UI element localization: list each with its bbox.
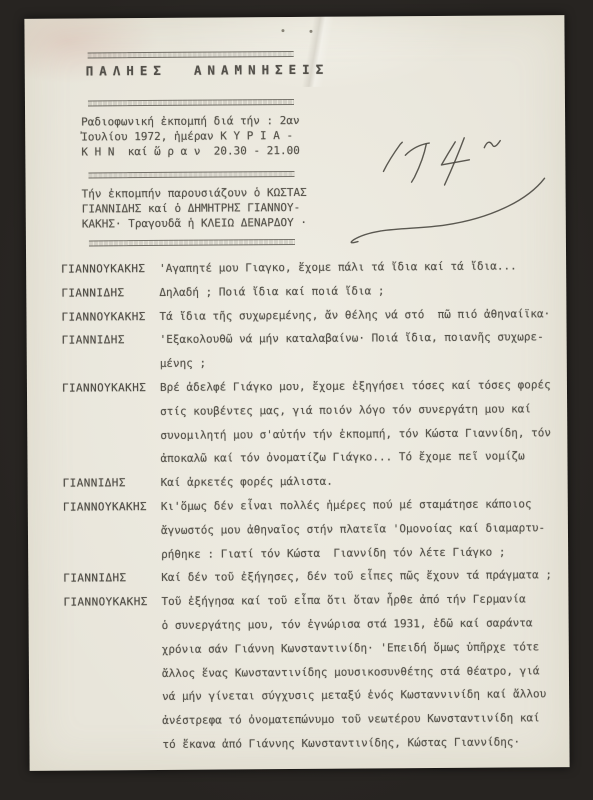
dialogue-line: ΓΙΑΝΝΙΔΗΣ Καί ἀρκετές φορές μάλιστα. — [63, 473, 562, 500]
dialogue-line: ἄγνωστός μου ἀθηναῖος στήν πλατεῖα 'Ομον… — [63, 521, 562, 548]
dialogue-text: ὁ συνεργάτης μου, τόν ἐγνώρισα στά 1931,… — [162, 616, 563, 632]
dialogue-text: Κι'ὅμως δέν εἶναι πολλές ἡμέρες πού μέ σ… — [161, 497, 562, 513]
speaker-label: ΓΙΑΝΝΙΔΗΣ — [63, 476, 161, 490]
presenters-info: Τήν ἐκπομπήν παρουσιάζουν ὁ ΚΩΣΤΑΣ ΓΙΑΝΝ… — [82, 185, 307, 232]
dialogue-line: ἀποκαλῶ καί τόν ὀνοματίζω Γιάγκο... Τό ἔ… — [62, 450, 561, 477]
dialogue-section: ΓΙΑΝΝΟΥΚΑΚΗΣ 'Αγαπητέ μου Γιαγκο, ἔχομε … — [61, 259, 563, 762]
speaker-label — [64, 690, 162, 691]
speaker-label: ΓΙΑΝΝΟΥΚΑΚΗΣ — [61, 262, 159, 276]
dialogue-line: ὁ συνεργάτης μου, τόν ἐγνώρισα στά 1931,… — [64, 616, 563, 643]
speaker-label — [64, 619, 162, 620]
dialogue-text: 'Αγαπητέ μου Γιαγκο, ἔχομε πάλι τά ἴδια … — [159, 259, 560, 275]
divider-line-top — [88, 51, 294, 58]
speaker-label: ΓΙΑΝΝΙΔΗΣ — [62, 333, 160, 347]
broadcast-info-line: Κ Η Ν καί ὥ ρ α ν 20.30 - 21.00 — [81, 144, 300, 159]
dialogue-text: στίς κουβέντες μας, γιά ποιόν λόγο τόν σ… — [160, 402, 561, 418]
dialogue-text: νά μήν γίνεται σύγχυσις μεταξύ ἑνός Κωστ… — [162, 687, 563, 703]
speaker-label — [64, 643, 162, 644]
dialogue-text: συνομιλητή μου σ'αὐτήν τήν ἐκπομπή, τόν … — [160, 426, 561, 442]
staple-mark — [309, 30, 312, 33]
dialogue-line: ΓΙΑΝΝΟΥΚΑΚΗΣ 'Αγαπητέ μου Γιαγκο, ἔχομε … — [61, 259, 560, 286]
broadcast-info-line: Ραδιοφωνική ἐκπομπή διά τήν : 2αν — [81, 114, 300, 129]
dialogue-text: Τοῦ ἐξήγησα καί τοῦ εἶπα ὅτι ὅταν ἦρθε ἀ… — [161, 592, 562, 608]
dialogue-text: Δηλαδή ; Ποιά ἴδια καί ποιά ἴδια ; — [159, 283, 560, 299]
speaker-label — [63, 524, 161, 525]
page-title: ΠΑΛΗΕΣ ΑΝΑΜΝΗΣΕΙΣ — [86, 62, 330, 79]
speaker-label: ΓΙΑΝΝΟΥΚΑΚΗΣ — [63, 500, 161, 514]
divider-line-bottom — [89, 239, 295, 246]
presenters-info-line: ΚΑΚΗΣ· Τραγουδᾶ ἡ ΚΛΕΙΩ ΔΕΝΑΡΔΟΥ · — [82, 216, 307, 231]
dialogue-text: ἄγνωστός μου ἀθηναῖος στήν πλατεῖα 'Ομον… — [161, 521, 562, 537]
broadcast-info-line: Ἰουλίου 1972, ἡμέραν Κ Υ Ρ Ι Α - — [81, 129, 293, 143]
speaker-label: ΓΙΑΝΝΟΥΚΑΚΗΣ — [63, 595, 161, 609]
speaker-label — [64, 666, 162, 667]
presenters-info-line: Τήν ἐκπομπήν παρουσιάζουν ὁ ΚΩΣΤΑΣ — [82, 186, 307, 201]
dialogue-text: Βρέ ἀδελφέ Γιάγκο μου, ἔχομε ἐξηγήσει τό… — [160, 378, 561, 394]
dialogue-text: χρόνια σάν Γιάννη Κωνσταντινίδη· 'Επειδή… — [162, 640, 563, 656]
dialogue-line: ΓΙΑΝΝΙΔΗΣ 'Εξακολουθῶ νά μήν καταλαβαίνω… — [62, 331, 561, 358]
speaker-label — [62, 452, 160, 453]
presenters-info-line: ΓΙΑΝΝΙΔΗΣ καί ὁ ΔΗΜΗΤΡΗΣ ΓΙΑΝΝΟΥ- — [82, 201, 301, 216]
dialogue-text: ἀποκαλῶ καί τόν ὀνοματίζω Γιάγκο... Τό ἔ… — [160, 450, 561, 466]
dialogue-line: τό ἔκανα ἀπό Γιάννης Κωνσταντινίδης, Κώσ… — [64, 735, 563, 762]
dialogue-text: ρήθηκε : Γιατί τόν Κώστα Γιαννίδη τόν λέ… — [161, 545, 562, 561]
speaker-label — [63, 548, 161, 549]
speaker-label — [62, 357, 160, 358]
speaker-label: ΓΙΑΝΝΟΥΚΑΚΗΣ — [61, 310, 159, 324]
speaker-label — [64, 714, 162, 715]
staple-mark — [281, 29, 284, 32]
dialogue-text: ἄλλος ἕνας Κωνσταντινίδης μουσικοσυνθέτη… — [162, 664, 563, 680]
dialogue-line: μένης ; — [62, 354, 561, 381]
divider-line-mid — [88, 171, 294, 178]
dialogue-line: ΓΙΑΝΝΙΔΗΣ Δηλαδή ; Ποιά ἴδια καί ποιά ἴδ… — [61, 283, 560, 310]
broadcast-info: Ραδιοφωνική ἐκπομπή διά τήν : 2αν Ἰουλίο… — [81, 113, 300, 160]
speaker-label: ΓΙΑΝΝΙΔΗΣ — [61, 286, 159, 300]
dialogue-line: ΓΙΑΝΝΟΥΚΑΚΗΣ Τοῦ ἐξήγησα καί τοῦ εἶπα ὅτ… — [63, 592, 562, 619]
speaker-label — [62, 405, 160, 406]
divider-line-below-title — [88, 99, 294, 106]
dialogue-text: Καί δέν τοῦ ἐξήγησες, δέν τοῦ εἶπες πῶς … — [161, 569, 562, 585]
dialogue-line: χρόνια σάν Γιάννη Κωνσταντινίδη· 'Επειδή… — [64, 640, 563, 667]
dialogue-line: ΓΙΑΝΝΟΥΚΑΚΗΣ Βρέ ἀδελφέ Γιάγκο μου, ἔχομ… — [62, 378, 561, 405]
speaker-label — [64, 738, 162, 739]
dialogue-text: τό ἔκανα ἀπό Γιάννης Κωνσταντινίδης, Κώσ… — [162, 735, 563, 751]
dialogue-text: Καί ἀρκετές φορές μάλιστα. — [161, 473, 562, 489]
speaker-label: ΓΙΑΝΝΙΔΗΣ — [63, 571, 161, 585]
scan-background: ΠΑΛΗΕΣ ΑΝΑΜΝΗΣΕΙΣ Ραδιοφωνική ἐκπομπή δι… — [0, 0, 593, 800]
speaker-label — [62, 429, 160, 430]
dialogue-text: ἀνέστρεφα τό ὀνοματεπώνυμο τοῦ νεωτέρου … — [162, 711, 563, 727]
handwritten-page-number: 174 — [333, 108, 566, 258]
dialogue-line: ΓΙΑΝΝΟΥΚΑΚΗΣ Κι'ὅμως δέν εἶναι πολλές ἡμ… — [63, 497, 562, 524]
dialogue-text: Τά ἴδια τῆς συχωρεμένης, ἄν θέλης νά στό… — [159, 307, 560, 323]
dialogue-line: ἀνέστρεφα τό ὀνοματεπώνυμο τοῦ νεωτέρου … — [64, 711, 563, 738]
document-page: ΠΑΛΗΕΣ ΑΝΑΜΝΗΣΕΙΣ Ραδιοφωνική ἐκπομπή δι… — [24, 15, 569, 771]
dialogue-text: μένης ; — [160, 354, 561, 370]
dialogue-text: 'Εξακολουθῶ νά μήν καταλαβαίνω· Ποιά ἴδι… — [160, 331, 561, 347]
speaker-label: ΓΙΑΝΝΟΥΚΑΚΗΣ — [62, 381, 160, 395]
dialogue-line: στίς κουβέντες μας, γιά ποιόν λόγο τόν σ… — [62, 402, 561, 429]
